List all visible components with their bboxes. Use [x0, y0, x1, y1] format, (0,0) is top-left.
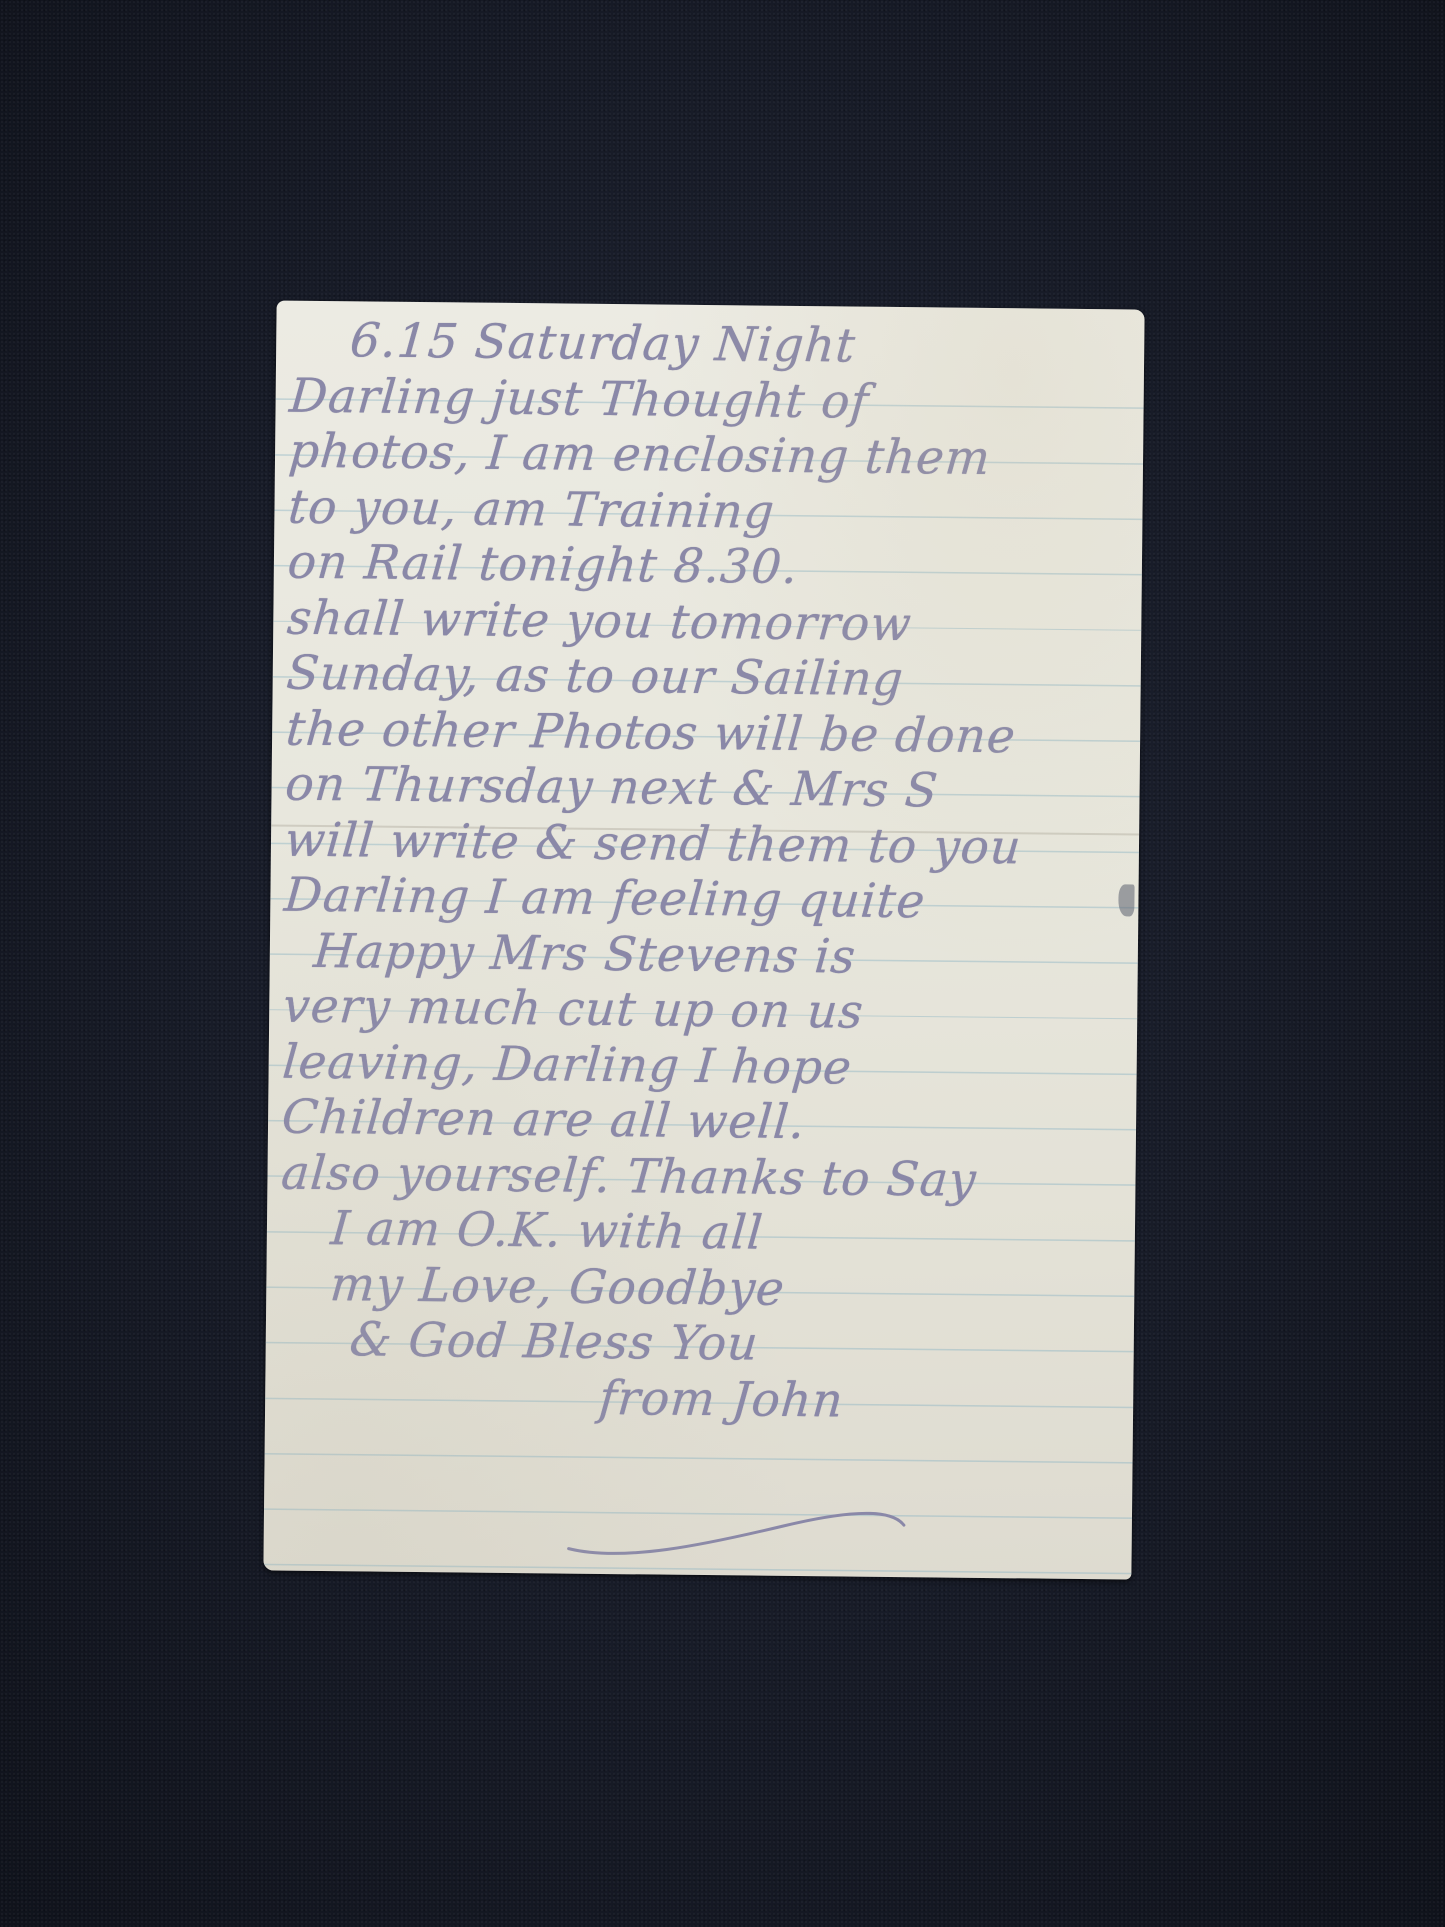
letter-line: to you, am Training — [286, 479, 1130, 543]
letter-line: leaving, Darling I hope — [280, 1034, 1124, 1098]
letter-line: on Rail tonight 8.30. — [286, 535, 1130, 599]
letter-line: on Thursday next & Mrs S — [283, 757, 1127, 821]
letter-line: also yourself. Thanks to Say — [279, 1145, 1123, 1209]
letter-line: Darling I am feeling quite — [282, 868, 1126, 932]
letter-signature: from John — [277, 1367, 1121, 1431]
letter-line: very much cut up on us — [281, 979, 1125, 1043]
letter-line: Happy Mrs Stevens is — [282, 923, 1126, 987]
letter-closing: & God Bless You — [278, 1312, 1122, 1376]
letter-line: Sunday, as to our Sailing — [285, 646, 1129, 710]
letter-line: Darling just Thought of — [287, 368, 1131, 432]
letter-line: shall write you tomorrow — [285, 590, 1129, 654]
letter-line: I am O.K. with all — [279, 1201, 1123, 1265]
letter-date-line: 6.15 Saturday Night — [288, 313, 1132, 377]
letter-line: my Love, Goodbye — [278, 1256, 1122, 1320]
letter-line: the other Photos will be done — [284, 701, 1128, 765]
signature-underline-flourish — [563, 1504, 914, 1568]
letter-paper: 6.15 Saturday Night Darling just Thought… — [263, 300, 1144, 1579]
letter-body: 6.15 Saturday Night Darling just Thought… — [279, 313, 1131, 1432]
letter-line: photos, I am enclosing them — [287, 424, 1131, 488]
letter-line: will write & send them to you — [283, 812, 1127, 876]
letter-line: Children are all well. — [280, 1090, 1124, 1154]
